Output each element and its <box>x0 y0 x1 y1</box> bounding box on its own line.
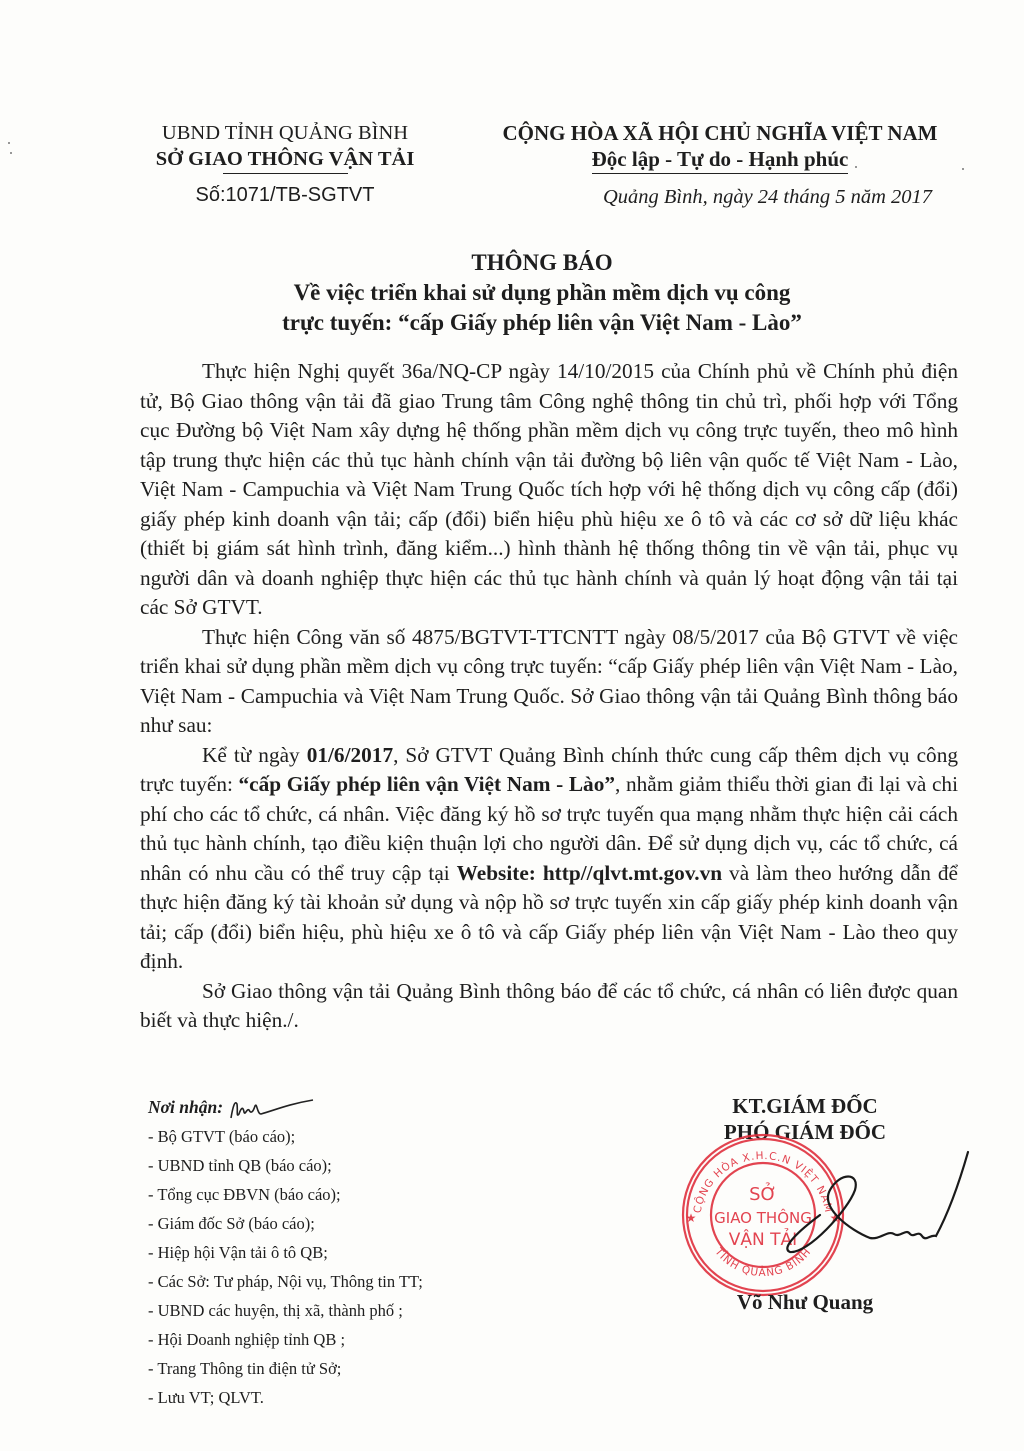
signer-name: Võ Như Quang <box>640 1288 970 1316</box>
effective-date: 01/6/2017 <box>307 743 393 767</box>
recipient-item: - Trang Thông tin điện tử Sở; <box>148 1354 568 1383</box>
recipient-item: - Tổng cục ĐBVN (báo cáo); <box>148 1180 568 1209</box>
recipients-block: Nơi nhận: - Bộ GTVT (báo cáo); - UBND tỉ… <box>148 1093 568 1412</box>
scan-speck <box>10 152 12 154</box>
paragraph-1: Thực hiện Nghị quyết 36a/NQ-CP ngày 14/1… <box>140 357 958 623</box>
subject-line-1: Về việc triển khai sử dụng phần mềm dịch… <box>130 278 954 308</box>
signer-role-1: KT.GIÁM ĐỐC <box>640 1093 970 1119</box>
national-motto: Độc lập - Tự do - Hạnh phúc <box>592 147 849 174</box>
website-link[interactable]: Website: http//qlvt.mt.gov.vn <box>457 861 722 885</box>
recipient-item: - UBND tỉnh QB (báo cáo); <box>148 1151 568 1180</box>
recipient-item: - Bộ GTVT (báo cáo); <box>148 1122 568 1151</box>
recipients-title: Nơi nhận: <box>148 1097 223 1117</box>
recipient-item: - Hội Doanh nghiệp tỉnh QB ; <box>148 1325 568 1354</box>
paragraph-3: Kể từ ngày 01/6/2017, Sở GTVT Quảng Bình… <box>140 741 958 977</box>
document-body: Thực hiện Nghị quyết 36a/NQ-CP ngày 14/1… <box>140 357 958 1036</box>
document-type: THÔNG BÁO <box>130 248 954 278</box>
agency-underline <box>223 173 348 174</box>
place-date: Quảng Bình, ngày 24 tháng 5 năm 2017 <box>460 182 980 212</box>
subject-line-2: trực tuyến: “cấp Giấy phép liên vận Việt… <box>130 308 954 338</box>
document-number: Số:1071/TB-SGTVT <box>130 180 440 210</box>
paragraph-2: Thực hiện Công văn số 4875/BGTVT-TTCNTT … <box>140 623 958 741</box>
recipient-item: - Các Sở: Tư pháp, Nội vụ, Thông tin TT; <box>148 1267 568 1296</box>
recipient-item: - Lưu VT; QLVT. <box>148 1383 568 1412</box>
service-name: “cấp Giấy phép liên vận Việt Nam - Lào” <box>239 772 615 796</box>
recipient-item: - Hiệp hội Vận tải ô tô QB; <box>148 1238 568 1267</box>
document-title-block: THÔNG BÁO Về việc triển khai sử dụng phầ… <box>130 248 954 338</box>
svg-text:★: ★ <box>686 1211 697 1225</box>
country-name: CỘNG HÒA XÃ HỘI CHỦ NGHĨA VIỆT NAM <box>460 120 980 147</box>
p3-text-a: Kể từ ngày <box>202 743 307 767</box>
handwritten-signature-icon <box>760 1150 970 1260</box>
paragraph-4: Sở Giao thông vận tải Quảng Bình thông b… <box>140 977 958 1036</box>
scan-speck <box>8 142 10 144</box>
national-header-block: CỘNG HÒA XÃ HỘI CHỦ NGHĨA VIỆT NAM Độc l… <box>460 120 980 212</box>
agency-name: SỞ GIAO THÔNG VẬN TẢI <box>130 147 440 171</box>
agency-parent: UBND TỈNH QUẢNG BÌNH <box>130 120 440 147</box>
initials-signature-icon <box>227 1096 317 1122</box>
recipient-item: - UBND các huyện, thị xã, thành phố ; <box>148 1296 568 1325</box>
issuing-agency-block: UBND TỈNH QUẢNG BÌNH SỞ GIAO THÔNG VẬN T… <box>130 120 440 210</box>
recipient-item: - Giám đốc Sở (báo cáo); <box>148 1209 568 1238</box>
